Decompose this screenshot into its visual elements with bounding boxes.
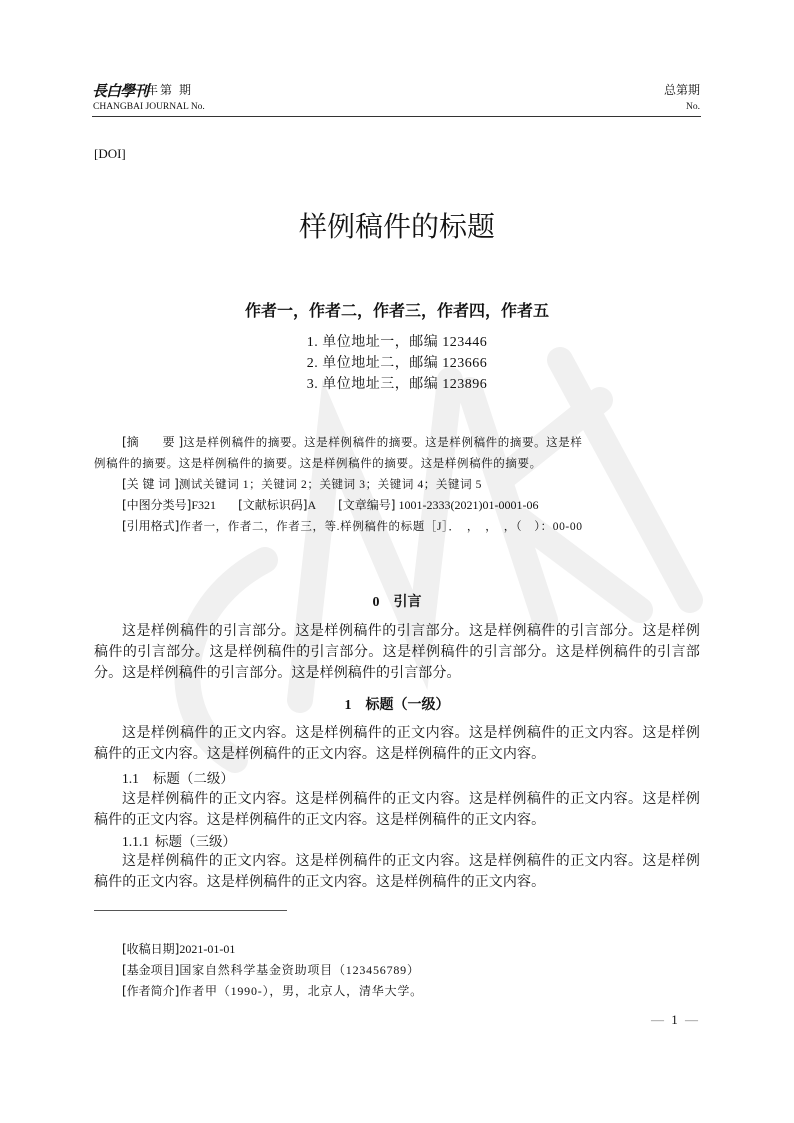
- affiliation-2: 2. 单位地址二，邮编 123666: [0, 352, 794, 372]
- subsection-title: 标题（二级）: [153, 771, 234, 786]
- footnote-author-bio: [作者简介]作者甲（1990-），男，北京人，清华大学。: [122, 981, 423, 1002]
- subsection-heading: 1.1标题（二级）: [122, 767, 234, 787]
- affiliation-3: 3. 单位地址三，邮编 123896: [0, 373, 794, 393]
- section-number: 0: [373, 595, 380, 610]
- article-no-label: [文章编号]: [338, 498, 395, 512]
- subsubsection-title: 标题（三级）: [155, 834, 236, 849]
- author-list: 作者一，作者二，作者三，作者四，作者五: [0, 298, 794, 321]
- abstract-text-1: 这是样例稿件的摘要。这是样例稿件的摘要。这是样例稿件的摘要。这是样: [183, 437, 582, 449]
- abstract-text-2: 例稿件的摘要。这是样例稿件的摘要。这是样例稿件的摘要。这是样例稿件的摘要。: [94, 458, 542, 470]
- doc-code-label: [文献标识码]: [238, 498, 307, 512]
- subsubsection-paragraph: 这是样例稿件的正文内容。这是样例稿件的正文内容。这是样例稿件的正文内容。这是样例…: [94, 851, 700, 893]
- fund-label: [基金项目]: [122, 963, 179, 977]
- page-number-value: 1: [671, 1012, 680, 1027]
- page-dash-right: —: [685, 1012, 700, 1027]
- article-no-value: 1001-2333(2021)01-0001-06: [395, 498, 538, 512]
- section-heading-1: 1标题（一级）: [0, 694, 794, 714]
- issue-label: 年第 期: [146, 81, 193, 98]
- received-label: [收稿日期]: [122, 942, 179, 956]
- journal-page: 長白學刊 年第 期 CHANGBAI JOURNAL No. 总第期 No. […: [0, 0, 794, 1123]
- intro-paragraph: 这是样例稿件的引言部分。这是样例稿件的引言部分。这是样例稿件的引言部分。这是样例…: [94, 621, 700, 684]
- page-number: — 1 —: [651, 1012, 700, 1028]
- section-title: 引言: [394, 594, 422, 610]
- subsection-number: 1.1: [122, 771, 139, 786]
- journal-logo: 長白學刊: [92, 80, 148, 101]
- citation-value: 作者一，作者二，作者三，等.样例稿件的标题［J］． ， ， ，（ ）：00-00: [179, 521, 582, 533]
- doi-label: [DOI]: [94, 146, 126, 162]
- subsection-paragraph: 这是样例稿件的正文内容。这是样例稿件的正文内容。这是样例稿件的正文内容。这是样例…: [94, 789, 700, 831]
- section-1-paragraph: 这是样例稿件的正文内容。这是样例稿件的正文内容。这是样例稿件的正文内容。这是样例…: [94, 723, 700, 765]
- total-issue-number: No.: [686, 102, 700, 112]
- total-issue-label: 总第期: [664, 81, 700, 98]
- clc-label: [中图分类号]: [122, 498, 191, 512]
- abstract-line-1: [摘 要 ]这是样例稿件的摘要。这是样例稿件的摘要。这是样例稿件的摘要。这是样: [122, 432, 702, 453]
- section-heading-0: 0引言: [0, 591, 794, 611]
- footnote-fund: [基金项目]国家自然科学基金资助项目（123456789）: [122, 960, 420, 981]
- citation-line: [引用格式]作者一，作者二，作者三，等.样例稿件的标题［J］． ， ， ，（ ）…: [122, 516, 702, 537]
- journal-english-name: CHANGBAI JOURNAL No.: [93, 102, 205, 112]
- abstract-line-2: 例稿件的摘要。这是样例稿件的摘要。这是样例稿件的摘要。这是样例稿件的摘要。: [94, 453, 702, 474]
- abstract-block: [摘 要 ]这是样例稿件的摘要。这是样例稿件的摘要。这是样例稿件的摘要。这是样 …: [122, 432, 702, 474]
- section-number: 1: [345, 698, 352, 713]
- doc-code-value: A: [307, 498, 316, 512]
- section-title: 标题（一级）: [366, 697, 450, 713]
- affiliation-1: 1. 单位地址一，邮编 123446: [0, 331, 794, 351]
- keywords-label: [关 键 词 ]: [122, 477, 179, 491]
- footnote-received: [收稿日期]2021-01-01: [122, 939, 235, 960]
- author-bio-value: 作者甲（1990-），男，北京人，清华大学。: [179, 984, 423, 998]
- received-value: 2021-01-01: [179, 942, 235, 956]
- keywords-line: [关 键 词 ]测试关键词 1；关键词 2；关键词 3；关键词 4；关键词 5: [122, 474, 702, 495]
- clc-value: F321: [191, 498, 216, 512]
- subsubsection-number: 1.1.1: [122, 834, 149, 849]
- header-divider: [92, 116, 701, 117]
- page-dash-left: —: [651, 1012, 666, 1027]
- classification-line: [中图分类号]F321[文献标识码]A[文章编号] 1001-2333(2021…: [122, 495, 702, 515]
- keywords-value: 测试关键词 1；关键词 2；关键词 3；关键词 4；关键词 5: [179, 479, 482, 491]
- citation-label: [引用格式]: [122, 519, 179, 533]
- author-bio-label: [作者简介]: [122, 984, 179, 998]
- footnote-divider: [94, 910, 287, 911]
- subsubsection-heading: 1.1.1标题（三级）: [122, 830, 236, 850]
- abstract-label: [摘 要 ]: [122, 435, 183, 449]
- fund-value: 国家自然科学基金资助项目（123456789）: [179, 963, 419, 977]
- paper-title: 样例稿件的标题: [0, 205, 794, 245]
